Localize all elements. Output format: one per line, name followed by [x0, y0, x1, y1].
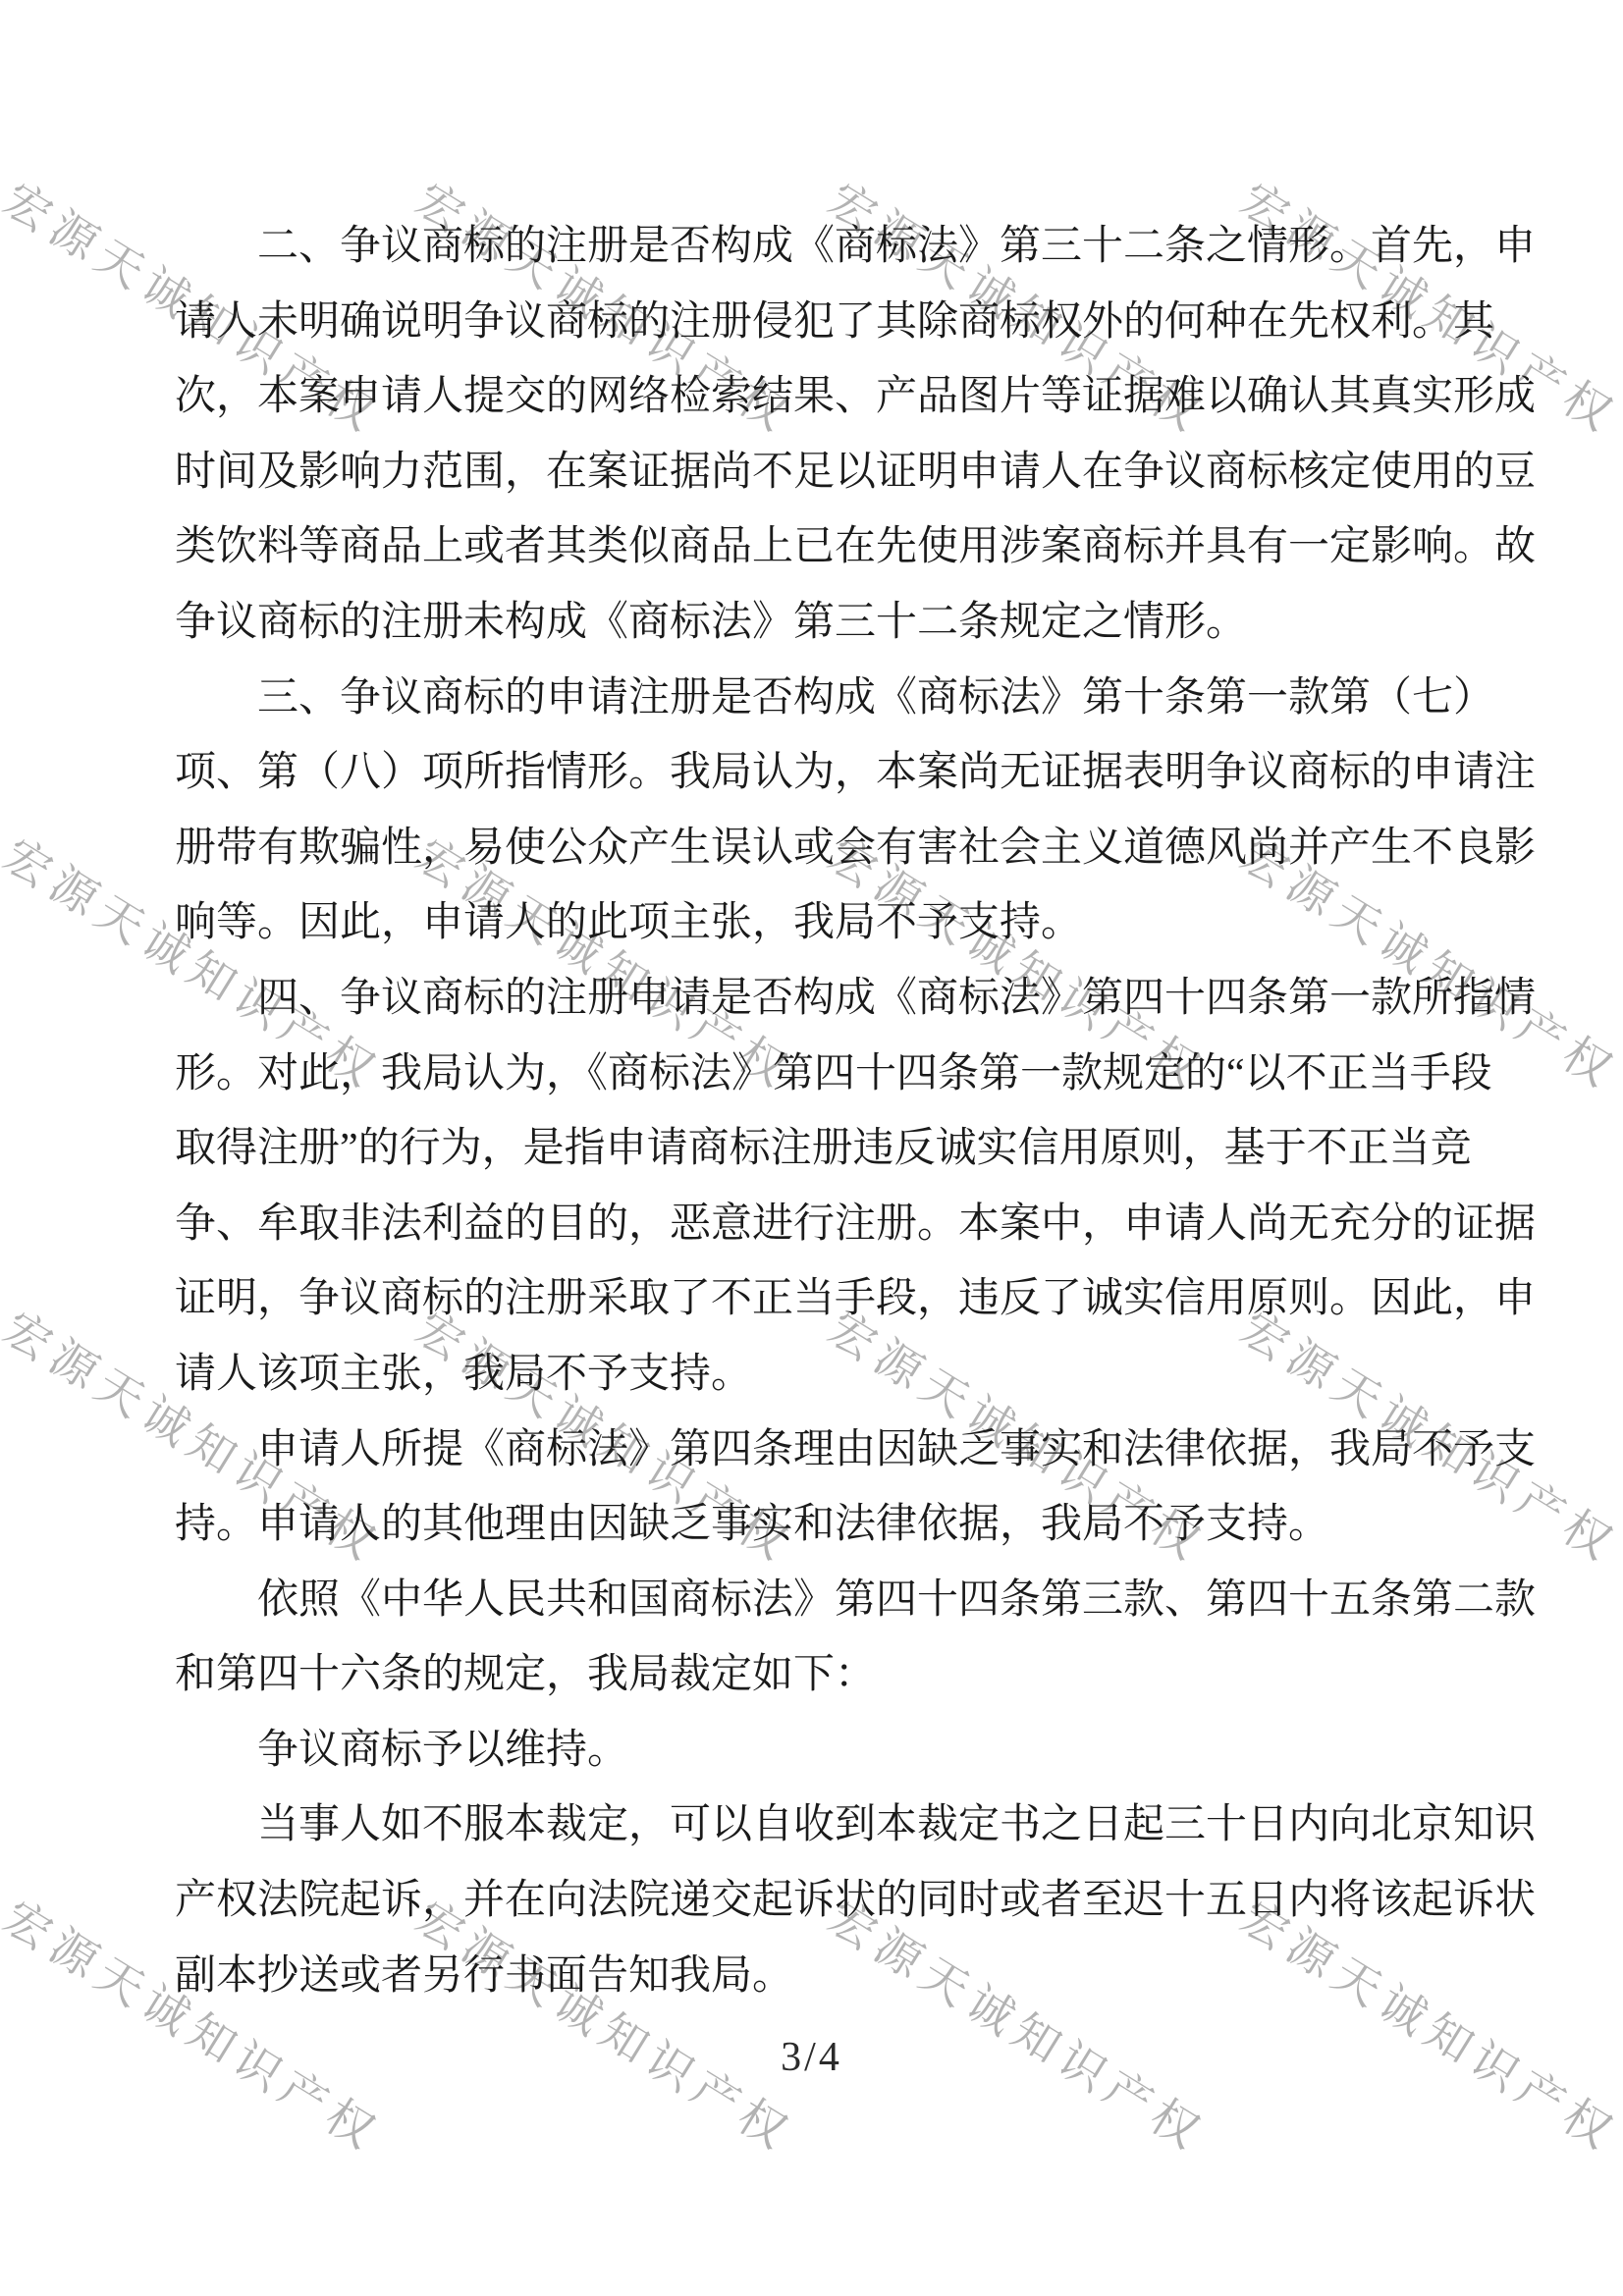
text-line: 请人该项主张，我局不予支持。 — [175, 1337, 1510, 1413]
text-line: 持。申请人的其他理由因缺乏事实和法律依据，我局不予支持。 — [175, 1487, 1510, 1563]
text-line: 响等。因此，申请人的此项主张，我局不予支持。 — [175, 885, 1510, 961]
text-line: 证明，争议商标的注册采取了不正当手段，违反了诚实信用原则。因此，申 — [175, 1261, 1510, 1337]
text-line: 形。对此，我局认为，《商标法》第四十四条第一款规定的“以不正当手段 — [175, 1037, 1510, 1112]
text-line: 争议商标的注册未构成《商标法》第三十二条规定之情形。 — [175, 585, 1510, 661]
document-page: 宏源天诚知识产权宏源天诚知识产权宏源天诚知识产权宏源天诚知识产权宏源天诚知识产权… — [0, 0, 1623, 2296]
text-line: 四、争议商标的注册申请是否构成《商标法》第四十四条第一款所指情 — [175, 961, 1510, 1037]
text-line: 副本抄送或者另行书面告知我局。 — [175, 1939, 1510, 2014]
paragraph: 当事人如不服本裁定，可以自收到本裁定书之日起三十日内向北京知识产权法院起诉，并在… — [175, 1788, 1510, 2013]
text-line: 取得注册”的行为，是指申请商标注册违反诚实信用原则，基于不正当竞 — [175, 1111, 1510, 1187]
page-number: 3/4 — [0, 2034, 1623, 2081]
text-line: 时间及影响力范围，在案证据尚不足以证明申请人在争议商标核定使用的豆 — [175, 435, 1510, 510]
paragraph: 二、争议商标的注册是否构成《商标法》第三十二条之情形。首先，申请人未明确说明争议… — [175, 209, 1510, 661]
text-line: 册带有欺骗性，易使公众产生误认或会有害社会主义道德风尚并产生不良影 — [175, 811, 1510, 886]
text-line: 申请人所提《商标法》第四条理由因缺乏事实和法律依据，我局不予支 — [175, 1413, 1510, 1488]
text-line: 争、牟取非法利益的目的，恶意进行注册。本案中，申请人尚无充分的证据 — [175, 1187, 1510, 1262]
text-line: 类饮料等商品上或者其类似商品上已在先使用涉案商标并具有一定影响。故 — [175, 509, 1510, 585]
paragraph: 争议商标予以维持。 — [175, 1713, 1510, 1789]
text-line: 产权法院起诉，并在向法院递交起诉状的同时或者至迟十五日内将该起诉状 — [175, 1863, 1510, 1939]
paragraph: 申请人所提《商标法》第四条理由因缺乏事实和法律依据，我局不予支持。申请人的其他理… — [175, 1413, 1510, 1563]
paragraph: 依照《中华人民共和国商标法》第四十四条第三款、第四十五条第二款和第四十六条的规定… — [175, 1563, 1510, 1713]
text-line: 项、第（八）项所指情形。我局认为，本案尚无证据表明争议商标的申请注 — [175, 735, 1510, 811]
text-line: 二、争议商标的注册是否构成《商标法》第三十二条之情形。首先，申 — [175, 209, 1510, 285]
text-line: 请人未明确说明争议商标的注册侵犯了其除商标权外的何种在先权利。其 — [175, 285, 1510, 360]
paragraph: 四、争议商标的注册申请是否构成《商标法》第四十四条第一款所指情形。对此，我局认为… — [175, 961, 1510, 1413]
text-line: 三、争议商标的申请注册是否构成《商标法》第十条第一款第（七） — [175, 661, 1510, 736]
text-line: 争议商标予以维持。 — [175, 1713, 1510, 1789]
document-body: 二、争议商标的注册是否构成《商标法》第三十二条之情形。首先，申请人未明确说明争议… — [175, 209, 1510, 2013]
text-line: 次，本案申请人提交的网络检索结果、产品图片等证据难以确认其真实形成 — [175, 359, 1510, 435]
text-line: 当事人如不服本裁定，可以自收到本裁定书之日起三十日内向北京知识 — [175, 1788, 1510, 1863]
text-line: 依照《中华人民共和国商标法》第四十四条第三款、第四十五条第二款 — [175, 1563, 1510, 1638]
text-line: 和第四十六条的规定，我局裁定如下： — [175, 1637, 1510, 1713]
paragraph: 三、争议商标的申请注册是否构成《商标法》第十条第一款第（七）项、第（八）项所指情… — [175, 661, 1510, 961]
